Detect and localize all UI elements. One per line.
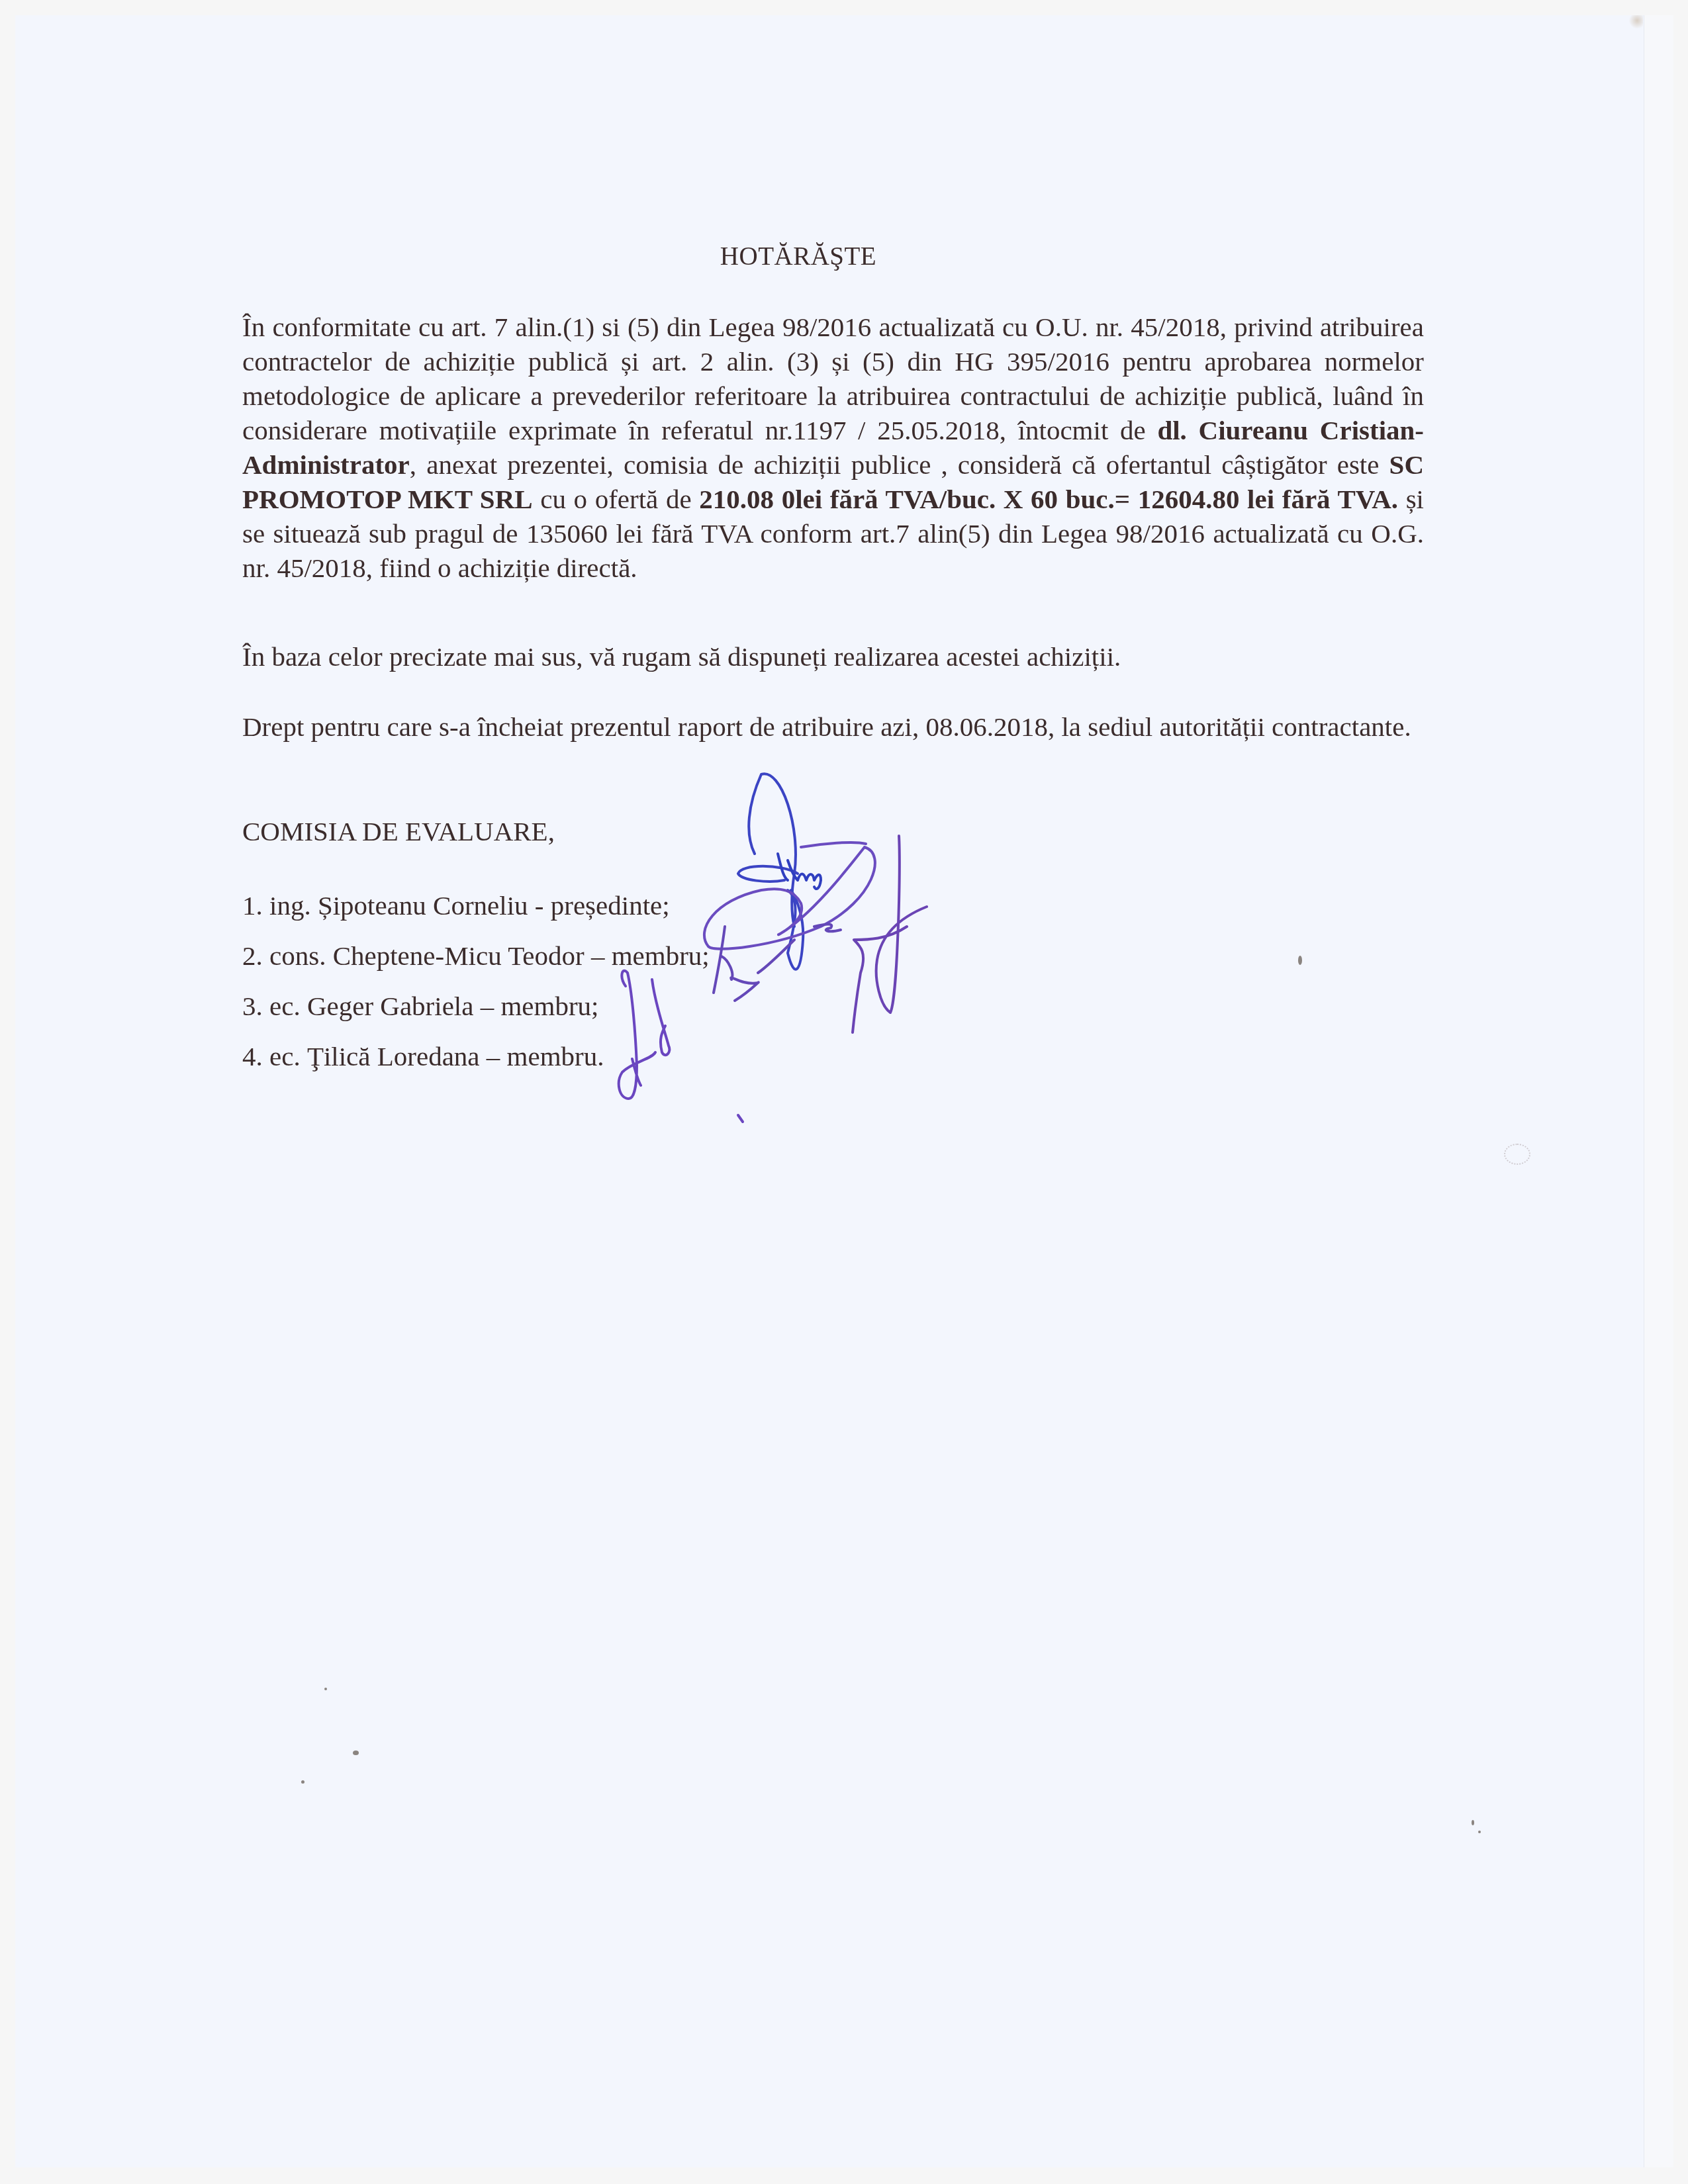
ink-speck (1478, 1831, 1481, 1833)
paper-stain (1504, 1144, 1530, 1165)
document-heading: HOTĂRĂŞTE (0, 240, 1597, 274)
commission-title: COMISIA DE EVALUARE, (242, 814, 555, 848)
ink-speck (1472, 1820, 1474, 1825)
closing-paragraph: Drept pentru care s-a încheiat prezentul… (242, 709, 1424, 744)
page-edge-strip (1644, 15, 1673, 2167)
commission-member: 3. ec. Geger Gabriela – membru; (242, 981, 710, 1031)
ink-speck (1298, 956, 1302, 965)
request-paragraph: În baza celor precizate mai sus, vă ruga… (242, 639, 1424, 674)
decision-paragraph: În conformitate cu art. 7 alin.(1) si (5… (242, 310, 1424, 585)
ink-speck (353, 1751, 359, 1755)
corner-stain (1628, 15, 1643, 28)
commission-member: 1. ing. Șipoteanu Corneliu - președinte; (242, 880, 710, 931)
commission-member-list: 1. ing. Șipoteanu Corneliu - președinte;… (242, 880, 710, 1081)
ink-speck (301, 1780, 305, 1784)
commission-member: 4. ec. Ţilică Loredana – membru. (242, 1031, 710, 1081)
text-run: , anexat prezentei, comisia de achiziții… (410, 449, 1389, 480)
text-run: cu o ofertă de (533, 484, 700, 514)
commission-member: 2. cons. Cheptene-Micu Teodor – membru; (242, 931, 710, 981)
bold-text-run: 210.08 0lei fără TVA/buc. X 60 buc.= 126… (699, 484, 1398, 514)
ink-speck (324, 1688, 327, 1690)
